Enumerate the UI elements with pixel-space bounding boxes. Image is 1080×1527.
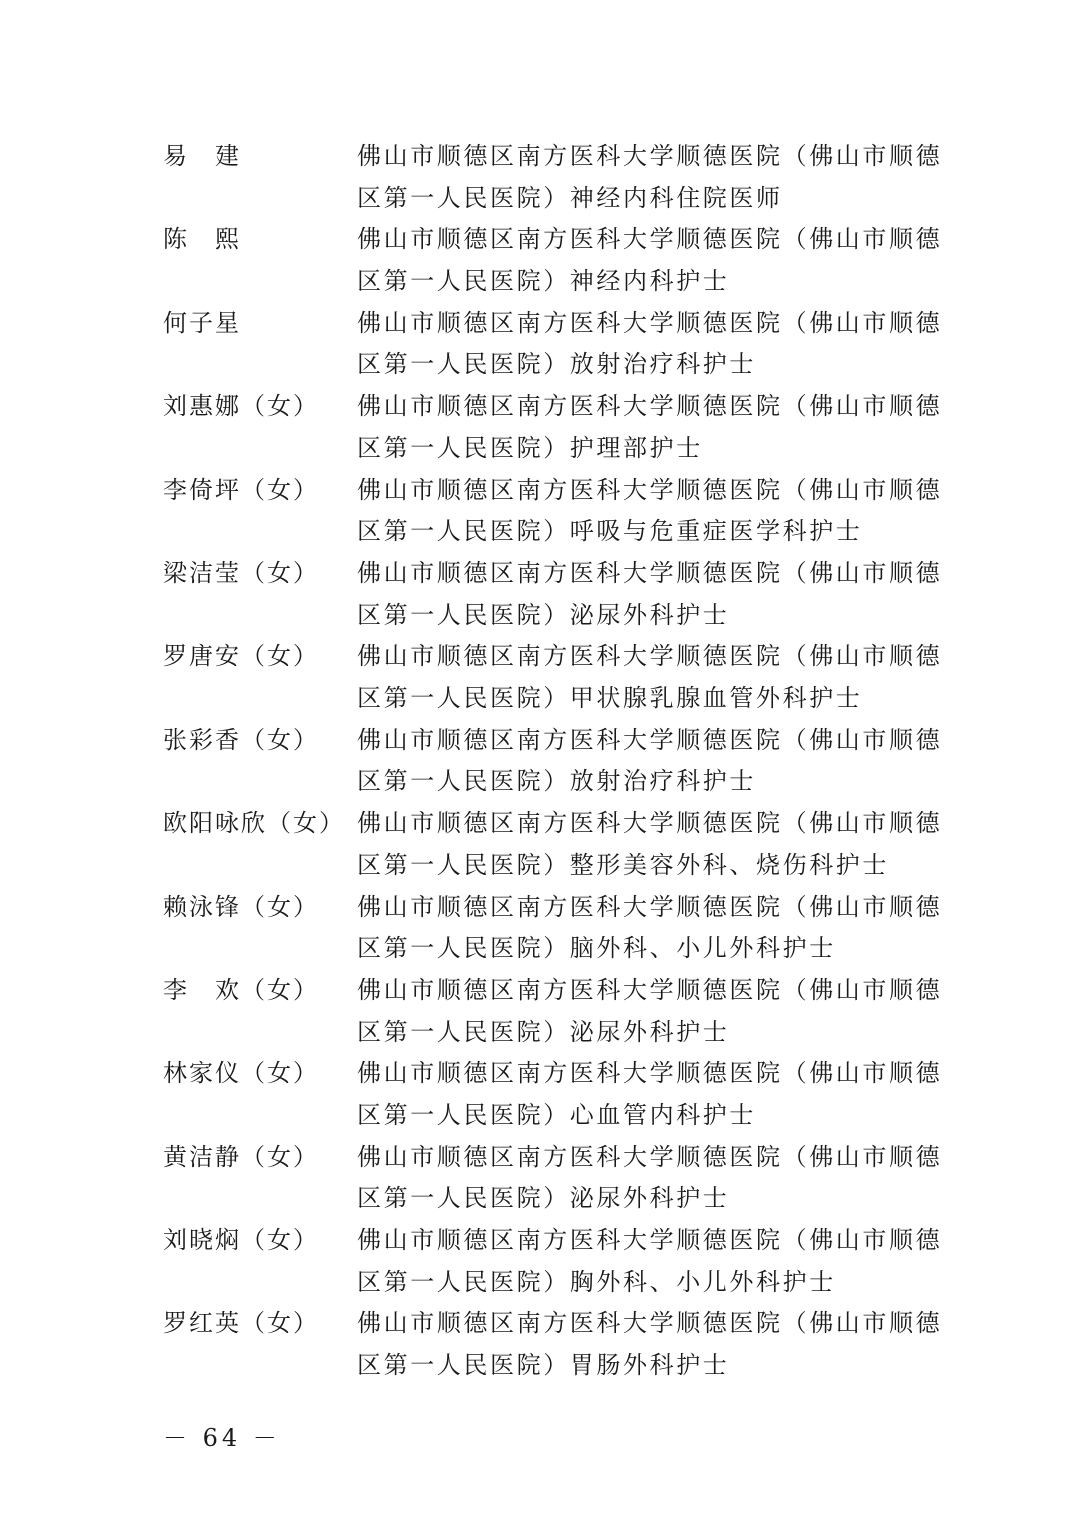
person-affiliation: 佛山市顺德区南方医科大学顺德医院（佛山市顺德 区第一人民医院）泌尿外科护士 xyxy=(357,553,923,636)
affiliation-line-2: 区第一人民医院）神经内科住院医师 xyxy=(357,178,923,220)
affiliation-line-2: 区第一人民医院）护理部护士 xyxy=(357,428,923,470)
affiliation-line-1: 佛山市顺德区南方医科大学顺德医院（佛山市顺德 xyxy=(357,303,923,345)
list-item: 欧阳咏欣（女） 佛山市顺德区南方医科大学顺德医院（佛山市顺德 区第一人民医院）整… xyxy=(163,803,923,886)
list-item: 赖泳锋（女） 佛山市顺德区南方医科大学顺德医院（佛山市顺德 区第一人民医院）脑外… xyxy=(163,887,923,970)
person-affiliation: 佛山市顺德区南方医科大学顺德医院（佛山市顺德 区第一人民医院）泌尿外科护士 xyxy=(357,970,923,1053)
person-affiliation: 佛山市顺德区南方医科大学顺德医院（佛山市顺德 区第一人民医院）整形美容外科、烧伤… xyxy=(357,803,923,886)
person-name: 刘晓焖（女） xyxy=(163,1220,353,1262)
person-affiliation: 佛山市顺德区南方医科大学顺德医院（佛山市顺德 区第一人民医院）心血管内科护士 xyxy=(357,1053,923,1136)
person-name: 赖泳锋（女） xyxy=(163,887,353,929)
document-page: 易 建 佛山市顺德区南方医科大学顺德医院（佛山市顺德 区第一人民医院）神经内科住… xyxy=(0,0,1080,1527)
person-affiliation: 佛山市顺德区南方医科大学顺德医院（佛山市顺德 区第一人民医院）神经内科住院医师 xyxy=(357,136,923,219)
list-item: 罗唐安（女） 佛山市顺德区南方医科大学顺德医院（佛山市顺德 区第一人民医院）甲状… xyxy=(163,636,923,719)
affiliation-line-1: 佛山市顺德区南方医科大学顺德医院（佛山市顺德 xyxy=(357,720,923,762)
person-name: 何子星 xyxy=(163,303,353,345)
person-name: 林家仪（女） xyxy=(163,1053,353,1095)
person-affiliation: 佛山市顺德区南方医科大学顺德医院（佛山市顺德 区第一人民医院）神经内科护士 xyxy=(357,219,923,302)
list-item: 罗红英（女） 佛山市顺德区南方医科大学顺德医院（佛山市顺德 区第一人民医院）胃肠… xyxy=(163,1303,923,1386)
list-item: 李倚坪（女） 佛山市顺德区南方医科大学顺德医院（佛山市顺德 区第一人民医院）呼吸… xyxy=(163,470,923,553)
list-item: 陈 熙 佛山市顺德区南方医科大学顺德医院（佛山市顺德 区第一人民医院）神经内科护… xyxy=(163,219,923,302)
person-name: 梁洁莹（女） xyxy=(163,553,353,595)
affiliation-line-1: 佛山市顺德区南方医科大学顺德医院（佛山市顺德 xyxy=(357,887,923,929)
affiliation-line-2: 区第一人民医院）放射治疗科护士 xyxy=(357,344,923,386)
affiliation-line-2: 区第一人民医院）泌尿外科护士 xyxy=(357,595,923,637)
list-item: 张彩香（女） 佛山市顺德区南方医科大学顺德医院（佛山市顺德 区第一人民医院）放射… xyxy=(163,720,923,803)
person-affiliation: 佛山市顺德区南方医科大学顺德医院（佛山市顺德 区第一人民医院）放射治疗科护士 xyxy=(357,720,923,803)
affiliation-line-1: 佛山市顺德区南方医科大学顺德医院（佛山市顺德 xyxy=(357,636,923,678)
list-item: 林家仪（女） 佛山市顺德区南方医科大学顺德医院（佛山市顺德 区第一人民医院）心血… xyxy=(163,1053,923,1136)
affiliation-line-1: 佛山市顺德区南方医科大学顺德医院（佛山市顺德 xyxy=(357,1220,923,1262)
affiliation-line-2: 区第一人民医院）神经内科护士 xyxy=(357,261,923,303)
list-item: 易 建 佛山市顺德区南方医科大学顺德医院（佛山市顺德 区第一人民医院）神经内科住… xyxy=(163,136,923,219)
affiliation-line-2: 区第一人民医院）甲状腺乳腺血管外科护士 xyxy=(357,678,923,720)
affiliation-line-2: 区第一人民医院）放射治疗科护士 xyxy=(357,761,923,803)
page-number: － 64 － xyxy=(163,1418,281,1453)
list-item: 何子星 佛山市顺德区南方医科大学顺德医院（佛山市顺德 区第一人民医院）放射治疗科… xyxy=(163,303,923,386)
affiliation-line-1: 佛山市顺德区南方医科大学顺德医院（佛山市顺德 xyxy=(357,1137,923,1179)
person-name: 罗红英（女） xyxy=(163,1303,353,1345)
list-item: 黄洁静（女） 佛山市顺德区南方医科大学顺德医院（佛山市顺德 区第一人民医院）泌尿… xyxy=(163,1137,923,1220)
list-item: 刘惠娜（女） 佛山市顺德区南方医科大学顺德医院（佛山市顺德 区第一人民医院）护理… xyxy=(163,386,923,469)
person-affiliation: 佛山市顺德区南方医科大学顺德医院（佛山市顺德 区第一人民医院）放射治疗科护士 xyxy=(357,303,923,386)
affiliation-line-2: 区第一人民医院）整形美容外科、烧伤科护士 xyxy=(357,845,923,887)
affiliation-line-1: 佛山市顺德区南方医科大学顺德医院（佛山市顺德 xyxy=(357,1053,923,1095)
person-affiliation: 佛山市顺德区南方医科大学顺德医院（佛山市顺德 区第一人民医院）胸外科、小儿外科护… xyxy=(357,1220,923,1303)
honoree-list: 易 建 佛山市顺德区南方医科大学顺德医院（佛山市顺德 区第一人民医院）神经内科住… xyxy=(163,136,923,1387)
affiliation-line-1: 佛山市顺德区南方医科大学顺德医院（佛山市顺德 xyxy=(357,1303,923,1345)
affiliation-line-2: 区第一人民医院）脑外科、小儿外科护士 xyxy=(357,928,923,970)
affiliation-line-2: 区第一人民医院）胸外科、小儿外科护士 xyxy=(357,1262,923,1304)
person-name: 李 欢（女） xyxy=(163,970,353,1012)
person-affiliation: 佛山市顺德区南方医科大学顺德医院（佛山市顺德 区第一人民医院）甲状腺乳腺血管外科… xyxy=(357,636,923,719)
person-affiliation: 佛山市顺德区南方医科大学顺德医院（佛山市顺德 区第一人民医院）胃肠外科护士 xyxy=(357,1303,923,1386)
person-affiliation: 佛山市顺德区南方医科大学顺德医院（佛山市顺德 区第一人民医院）护理部护士 xyxy=(357,386,923,469)
person-name: 黄洁静（女） xyxy=(163,1137,353,1179)
affiliation-line-2: 区第一人民医院）胃肠外科护士 xyxy=(357,1345,923,1387)
person-affiliation: 佛山市顺德区南方医科大学顺德医院（佛山市顺德 区第一人民医院）脑外科、小儿外科护… xyxy=(357,887,923,970)
affiliation-line-1: 佛山市顺德区南方医科大学顺德医院（佛山市顺德 xyxy=(357,470,923,512)
person-name: 欧阳咏欣（女） xyxy=(163,803,353,845)
person-affiliation: 佛山市顺德区南方医科大学顺德医院（佛山市顺德 区第一人民医院）呼吸与危重症医学科… xyxy=(357,470,923,553)
affiliation-line-2: 区第一人民医院）泌尿外科护士 xyxy=(357,1012,923,1054)
list-item: 梁洁莹（女） 佛山市顺德区南方医科大学顺德医院（佛山市顺德 区第一人民医院）泌尿… xyxy=(163,553,923,636)
affiliation-line-2: 区第一人民医院）呼吸与危重症医学科护士 xyxy=(357,511,923,553)
affiliation-line-1: 佛山市顺德区南方医科大学顺德医院（佛山市顺德 xyxy=(357,219,923,261)
person-name: 刘惠娜（女） xyxy=(163,386,353,428)
person-affiliation: 佛山市顺德区南方医科大学顺德医院（佛山市顺德 区第一人民医院）泌尿外科护士 xyxy=(357,1137,923,1220)
list-item: 李 欢（女） 佛山市顺德区南方医科大学顺德医院（佛山市顺德 区第一人民医院）泌尿… xyxy=(163,970,923,1053)
affiliation-line-2: 区第一人民医院）心血管内科护士 xyxy=(357,1095,923,1137)
person-name: 李倚坪（女） xyxy=(163,470,353,512)
person-name: 张彩香（女） xyxy=(163,720,353,762)
affiliation-line-2: 区第一人民医院）泌尿外科护士 xyxy=(357,1178,923,1220)
affiliation-line-1: 佛山市顺德区南方医科大学顺德医院（佛山市顺德 xyxy=(357,803,923,845)
affiliation-line-1: 佛山市顺德区南方医科大学顺德医院（佛山市顺德 xyxy=(357,136,923,178)
person-name: 陈 熙 xyxy=(163,219,353,261)
affiliation-line-1: 佛山市顺德区南方医科大学顺德医院（佛山市顺德 xyxy=(357,553,923,595)
person-name: 易 建 xyxy=(163,136,353,178)
list-item: 刘晓焖（女） 佛山市顺德区南方医科大学顺德医院（佛山市顺德 区第一人民医院）胸外… xyxy=(163,1220,923,1303)
affiliation-line-1: 佛山市顺德区南方医科大学顺德医院（佛山市顺德 xyxy=(357,386,923,428)
person-name: 罗唐安（女） xyxy=(163,636,353,678)
affiliation-line-1: 佛山市顺德区南方医科大学顺德医院（佛山市顺德 xyxy=(357,970,923,1012)
